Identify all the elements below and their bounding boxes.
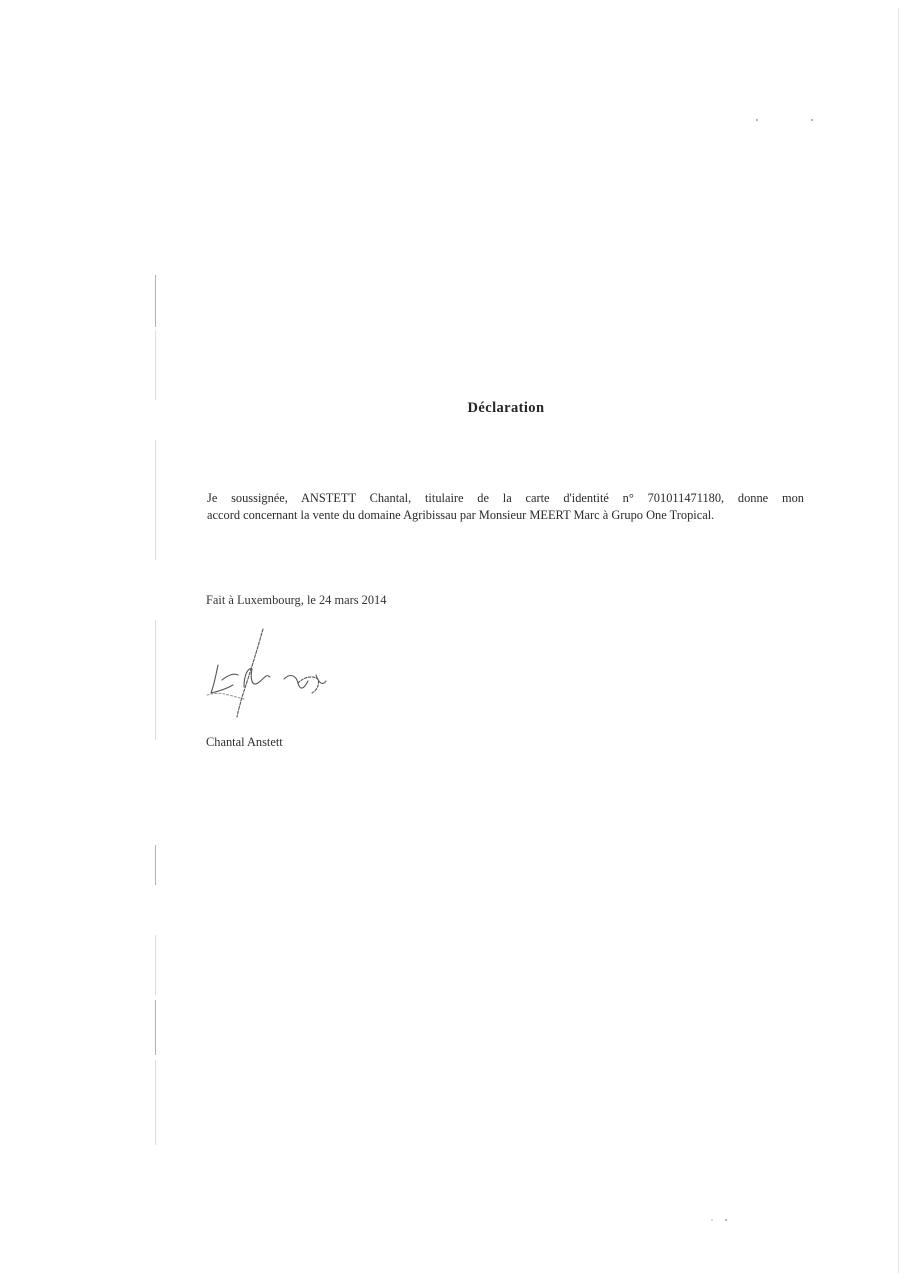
binding-mark [155,1060,156,1145]
scan-speck [811,119,813,121]
document-title: Déclaration [0,400,905,417]
body-line: Je soussignée, ANSTETT Chantal, titulair… [207,490,804,507]
binding-mark [155,275,156,327]
binding-mark [155,1000,156,1055]
binding-mark [155,845,156,885]
binding-mark [155,330,156,400]
binding-mark [155,440,156,560]
signature-icon [200,625,335,725]
scan-speck [725,1219,727,1221]
scanned-document-page: Déclaration Je soussignée, ANSTETT Chant… [0,0,905,1280]
binding-mark [155,935,156,995]
scan-speck [711,1219,713,1221]
place-and-date: Fait à Luxembourg, le 24 mars 2014 [206,593,386,608]
scan-speck [756,119,758,121]
signer-name: Chantal Anstett [206,735,283,750]
binding-mark [155,620,156,740]
declaration-body: Je soussignée, ANSTETT Chantal, titulair… [207,490,804,524]
page-edge [898,8,899,1273]
body-line: accord concernant la vente du domaine Ag… [207,507,804,524]
